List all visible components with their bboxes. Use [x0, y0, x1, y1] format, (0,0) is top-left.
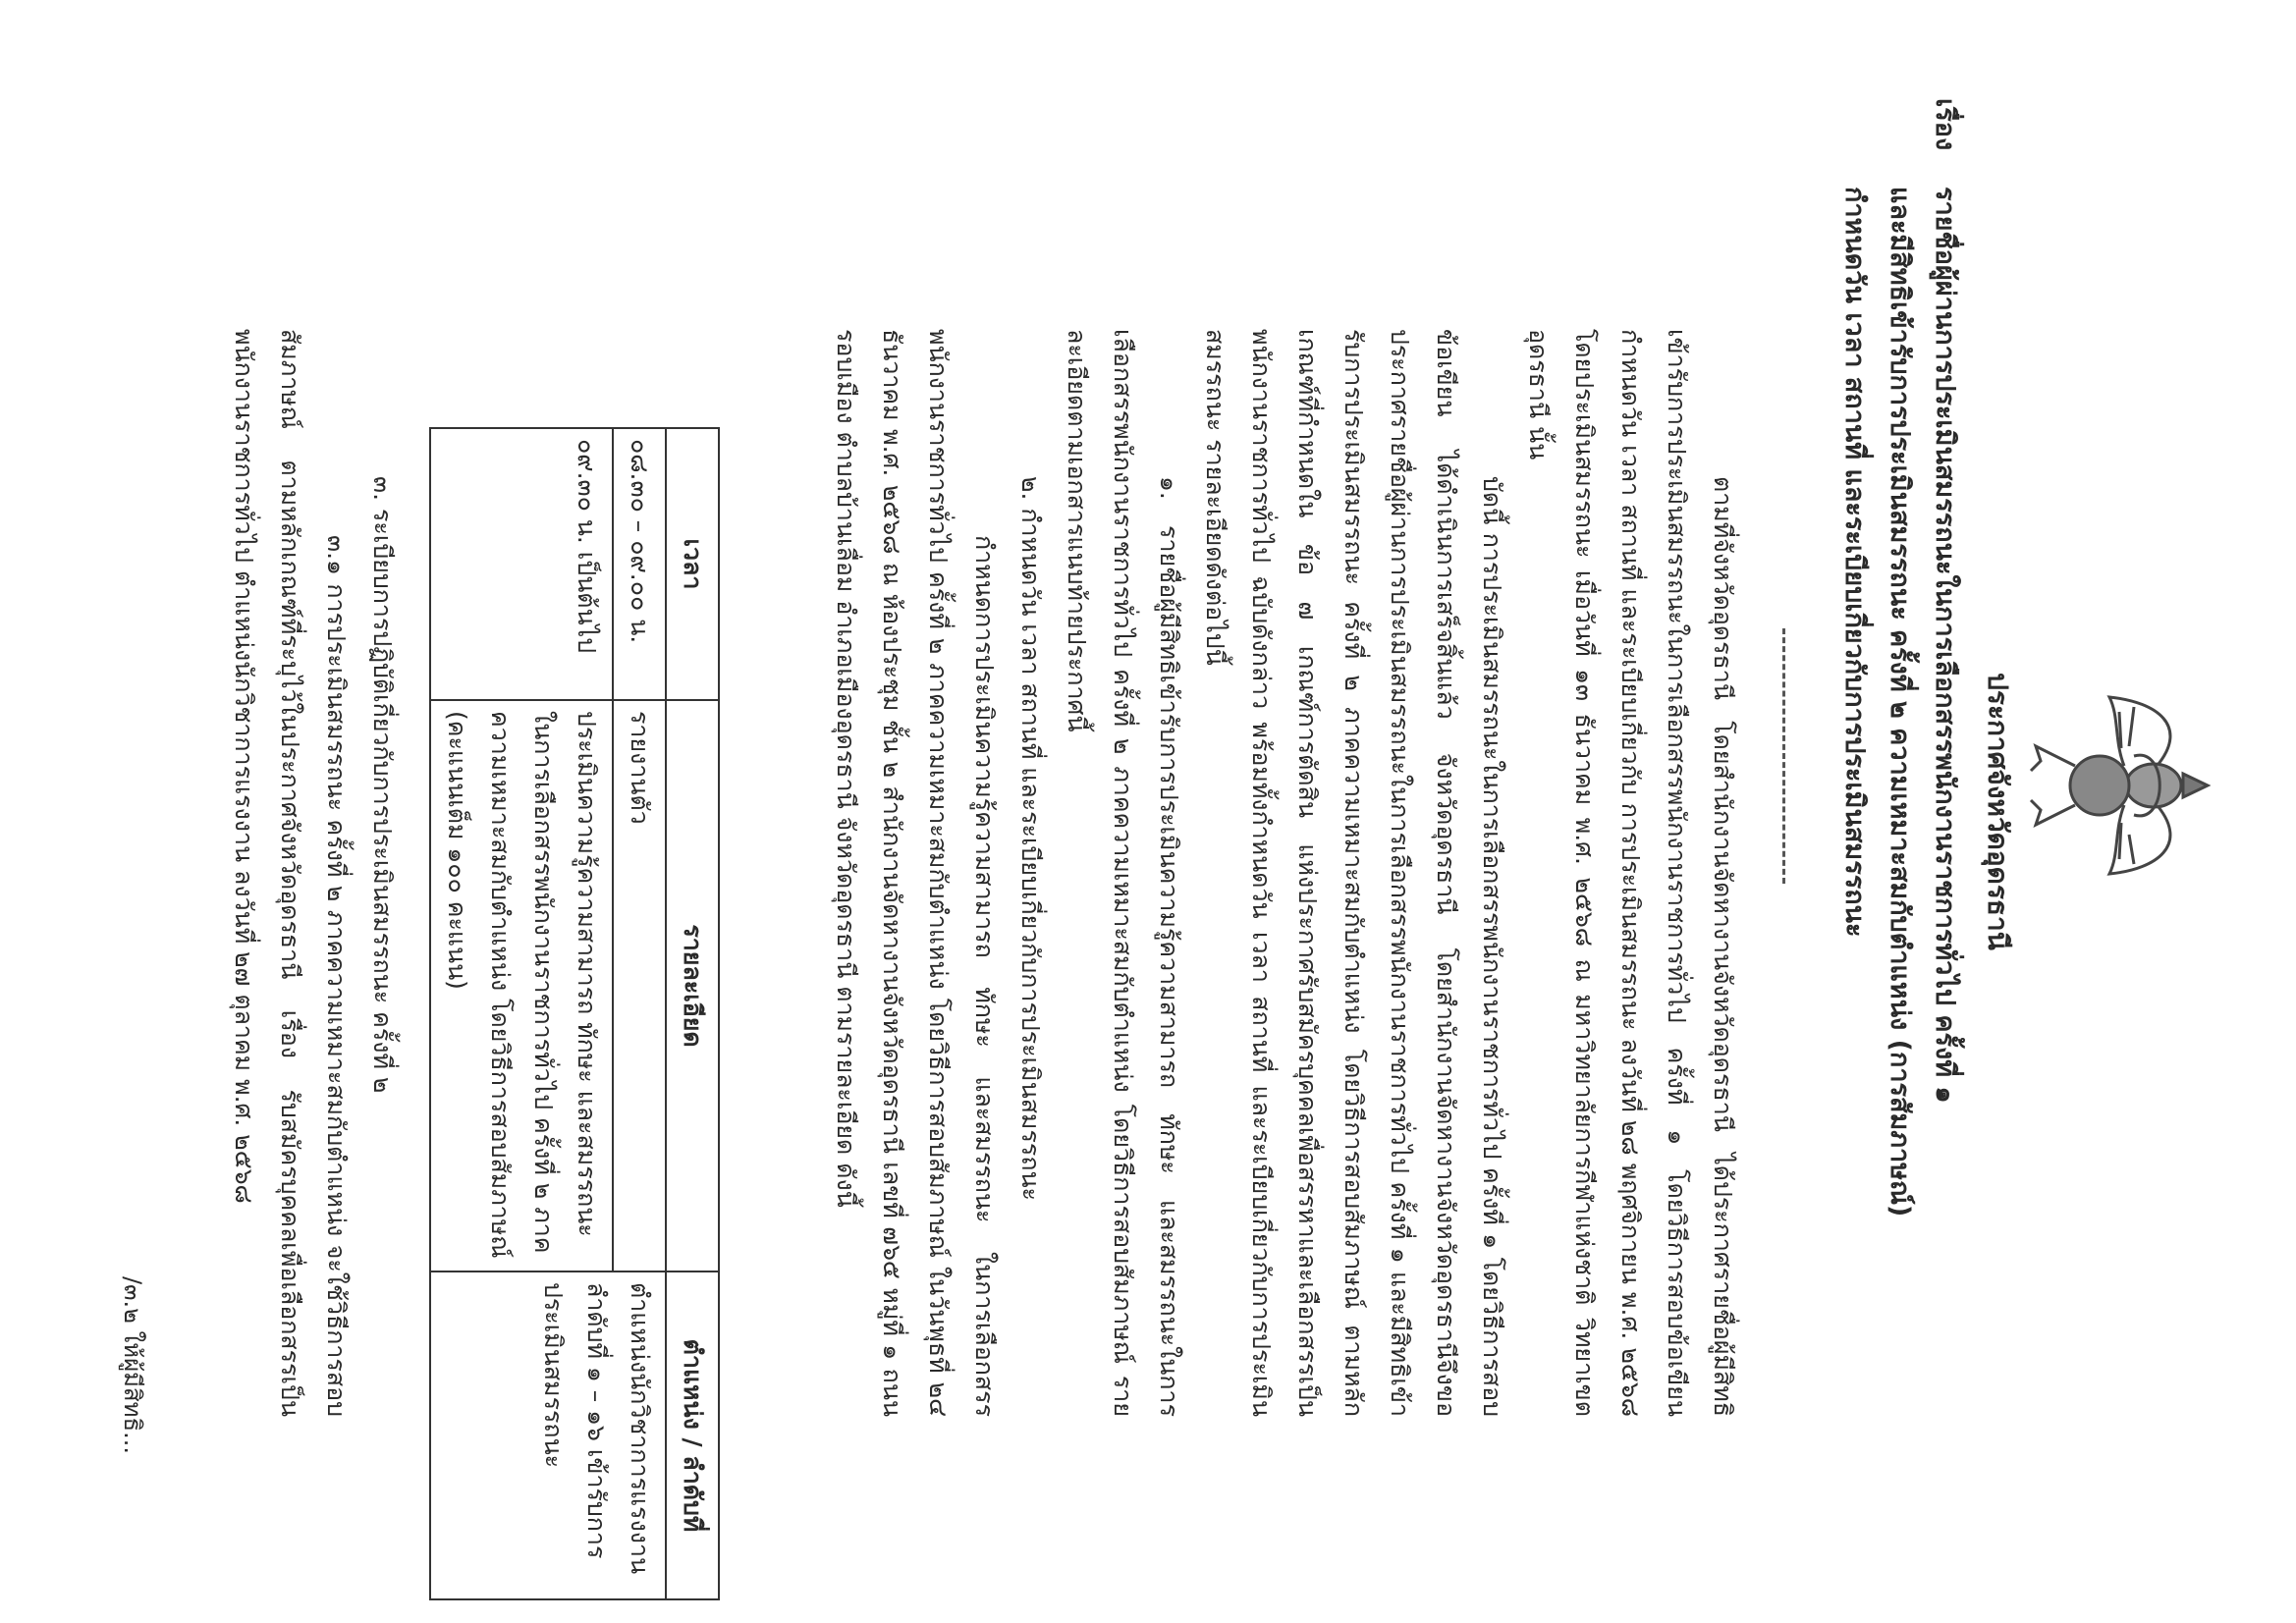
cell-position: ตำแหน่งนักวิชาการแรงงาน ลำดับที่ ๑ – ๑๖ … [430, 1271, 666, 1599]
header-time: เวลา [666, 428, 719, 700]
subject-line: และมีสิทธิเข้ารับการประเมินสมรรถนะ ครั้ง… [1877, 187, 1922, 1217]
section-3-item-1: ๓.๑ การประเมินสมรรถนะ ครั้งที่ ๒ ภาคความ… [221, 329, 359, 1417]
section-3-heading: ๓. ระเบียบการปฏิบัติเกี่ยวกับการประเมินส… [359, 329, 406, 1417]
cell-detail: ประเมินความรู้ความสามารถ ทักษะ และสมรรถน… [430, 700, 613, 1271]
section-3: ๓. ระเบียบการปฏิบัติเกี่ยวกับการประเมินส… [221, 329, 406, 1417]
document-title: ประกาศจังหวัดอุดรธานี [1975, 0, 2021, 1623]
subject-line: รายชื่อผู้ผ่านการประเมินสมรรถนะในการเลือ… [1922, 187, 1967, 1217]
announcement-page: ประกาศจังหวัดอุดรธานี เรื่อง รายชื่อผู้ผ… [0, 0, 2296, 1623]
item-2-heading: ๒. กำหนดวัน เวลา สถานที่ และระเบียบเกี่ย… [1008, 329, 1054, 1417]
header-detail: รายละเอียด [666, 700, 719, 1271]
continue-note: /๓.๒ ให้ผู้มีสิทธิ... [109, 1276, 155, 1454]
paragraph-1: ตามที่จังหวัดอุดรธานี โดยสำนักงานจัดหางา… [1515, 329, 1746, 1417]
header-position: ตำแหน่ง / ลำดับที่ [666, 1271, 719, 1599]
item-1: ๑. รายชื่อผู้มีสิทธิเข้ารับการประเมินควา… [1054, 329, 1192, 1417]
garuda-emblem-icon [2021, 687, 2227, 884]
item-2-text: กำหนดการประเมินความรู้ความสามารถ ทักษะ แ… [823, 329, 1008, 1417]
dashed-divider [1782, 628, 1785, 884]
cell-time: ๐๙.๓๐ น. เป็นต้นไป [430, 428, 613, 700]
table-row: ๐๘.๓๐ – ๐๙.๐๐ น. รายงานตัว ตำแหน่งนักวิช… [613, 428, 666, 1599]
body-text: ตามที่จังหวัดอุดรธานี โดยสำนักงานจัดหางา… [823, 329, 1746, 1417]
paragraph-2: บัดนี้ การประเมินสมรรถนะในการเลือกสรรพนั… [1192, 329, 1515, 1417]
schedule-table: เวลา รายละเอียด ตำแหน่ง / ลำดับที่ ๐๘.๓๐… [429, 427, 720, 1600]
subject-block: เรื่อง รายชื่อผู้ผ่านการประเมินสมรรถนะใน… [1831, 98, 1967, 1446]
cell-time: ๐๘.๓๐ – ๐๙.๐๐ น. [613, 428, 666, 700]
cell-detail: รายงานตัว [613, 700, 666, 1271]
subject-label: เรื่อง [1831, 98, 1967, 187]
subject-line: กำหนดวัน เวลา สถานที่ และระเบียบเกี่ยวกั… [1831, 187, 1877, 1217]
